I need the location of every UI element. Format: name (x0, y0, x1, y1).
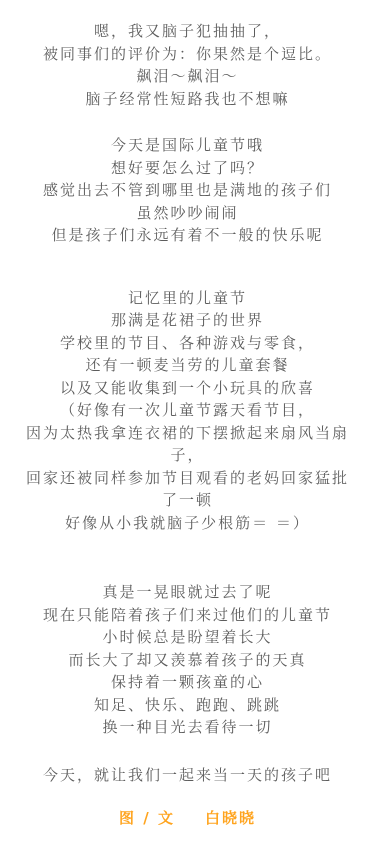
text-line: 以及又能收集到一个小玩具的欣喜 (8, 377, 367, 400)
text-line: 被同事们的评价为：你果然是个逗比。 (8, 43, 367, 66)
text-line: 想好要怎么过了吗？ (8, 157, 367, 180)
text-line: 知足、快乐、跑跑、跳跳 (8, 694, 367, 717)
text-line: 回家还被同样参加节目观看的老妈回家猛批 (8, 467, 367, 490)
text-line: 现在只能陪着孩子们来过他们的儿童节 (8, 604, 367, 627)
credit-line: 图 / 文白晓晓 (8, 807, 367, 830)
article-page: 嗯，我又脑子犯抽抽了，被同事们的评价为：你果然是个逗比。飙泪～飙泪～脑子经常性短… (0, 0, 375, 863)
text-line: （好像有一次儿童节露天看节目， (8, 399, 367, 422)
credit-author: 白晓晓 (205, 809, 256, 827)
paragraph: 嗯，我又脑子犯抽抽了，被同事们的评价为：你果然是个逗比。飙泪～飙泪～脑子经常性短… (8, 20, 367, 110)
text-line: 好像从小我就脑子少根筋＝ ＝） (8, 512, 367, 535)
text-line: 了一顿 (8, 489, 367, 512)
article-body: 嗯，我又脑子犯抽抽了，被同事们的评价为：你果然是个逗比。飙泪～飙泪～脑子经常性短… (8, 20, 367, 786)
paragraph: 记忆里的儿童节那满是花裙子的世界学校里的节目、各种游戏与零食，还有一顿麦当劳的儿… (8, 287, 367, 535)
text-line: 嗯，我又脑子犯抽抽了， (8, 20, 367, 43)
paragraph: 真是一晃眼就过去了呢现在只能陪着孩子们来过他们的儿童节小时候总是盼望着长大而长大… (8, 581, 367, 739)
text-line: 虽然吵吵闹闹 (8, 202, 367, 225)
text-line: 小时候总是盼望着长大 (8, 626, 367, 649)
text-line: 还有一顿麦当劳的儿童套餐 (8, 354, 367, 377)
text-line: 因为太热我拿连衣裙的下摆掀起来扇风当扇 (8, 422, 367, 445)
text-line: 记忆里的儿童节 (8, 287, 367, 310)
credit-label: 图 / 文 (119, 809, 175, 827)
text-line: 那满是花裙子的世界 (8, 309, 367, 332)
text-line: 而长大了却又羡慕着孩子的天真 (8, 649, 367, 672)
text-line: 但是孩子们永远有着不一般的快乐呢 (8, 224, 367, 247)
text-line: 今天，就让我们一起来当一天的孩子吧 (8, 764, 367, 787)
text-line: 保持着一颗孩童的心 (8, 671, 367, 694)
text-line: 真是一晃眼就过去了呢 (8, 581, 367, 604)
paragraph: 今天是国际儿童节哦想好要怎么过了吗？感觉出去不管到哪里也是满地的孩子们虽然吵吵闹… (8, 134, 367, 247)
text-line: 飙泪～飙泪～ (8, 65, 367, 88)
paragraph: 今天，就让我们一起来当一天的孩子吧 (8, 764, 367, 787)
text-line: 换一种目光去看待一切 (8, 716, 367, 739)
text-line: 感觉出去不管到哪里也是满地的孩子们 (8, 179, 367, 202)
text-line: 子， (8, 444, 367, 467)
text-line: 脑子经常性短路我也不想嘛 (8, 88, 367, 111)
text-line: 学校里的节目、各种游戏与零食， (8, 332, 367, 355)
text-line: 今天是国际儿童节哦 (8, 134, 367, 157)
